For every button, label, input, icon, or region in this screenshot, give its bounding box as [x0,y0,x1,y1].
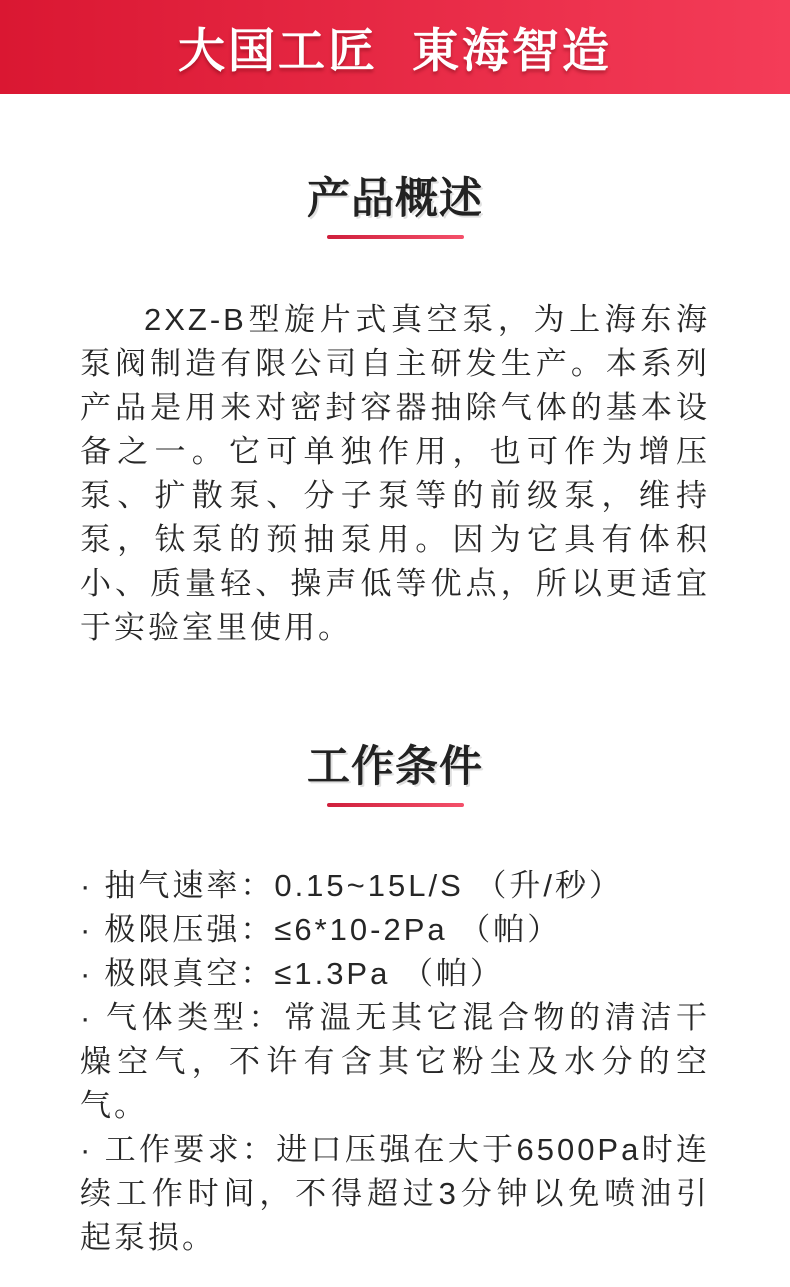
bullet-dot: · [80,864,90,908]
overview-section: 产品概述 2XZ-B型旋片式真空泵，为上海东海泵阀制造有限公司自主研发生产。本系… [0,178,790,650]
conditions-title: 工作条件 [0,746,790,789]
overview-title: 产品概述 [0,178,790,221]
conditions-section: 工作条件 ·抽气速率：0.15~15L/S （升/秒） ·极限压强：≤6*10-… [0,746,790,1260]
list-item: ·抽气速率：0.15~15L/S （升/秒） [80,864,710,908]
bullet-dot: · [80,996,90,1040]
list-item-text: 工作要求：进口压强在大于6500Pa时连续工作时间，不得超过3分钟以免喷油引起泵… [80,1132,710,1255]
list-item-text: 抽气速率：0.15~15L/S （升/秒） [104,868,623,903]
bullet-dot: · [80,1128,90,1172]
bullet-dot: · [80,908,90,952]
list-item-text: 极限真空：≤1.3Pa （帕） [104,956,504,991]
bullet-dot: · [80,952,90,996]
list-item: ·工作要求：进口压强在大于6500Pa时连续工作时间，不得超过3分钟以免喷油引起… [80,1128,710,1260]
conditions-title-underline [327,803,464,807]
overview-title-underline [327,235,464,239]
list-item-text: 极限压强：≤6*10-2Pa （帕） [104,912,561,947]
banner-title: 大国工匠 東海智造 [178,14,612,81]
list-item: ·极限真空：≤1.3Pa （帕） [80,952,710,996]
conditions-list: ·抽气速率：0.15~15L/S （升/秒） ·极限压强：≤6*10-2Pa （… [80,864,710,1260]
top-banner: 大国工匠 東海智造 [0,0,790,94]
list-item: ·气体类型：常温无其它混合物的清洁干燥空气，不许有含其它粉尘及水分的空气。 [80,996,710,1128]
list-item: ·极限压强：≤6*10-2Pa （帕） [80,908,710,952]
list-item-text: 气体类型：常温无其它混合物的清洁干燥空气，不许有含其它粉尘及水分的空气。 [80,1000,710,1123]
overview-paragraph: 2XZ-B型旋片式真空泵，为上海东海泵阀制造有限公司自主研发生产。本系列产品是用… [80,298,710,650]
